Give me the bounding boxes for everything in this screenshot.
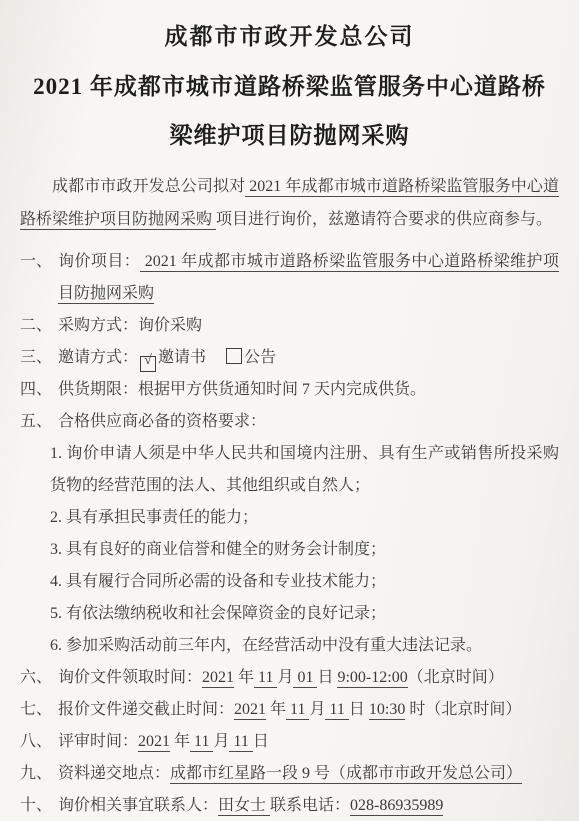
item-label: 资料递交地点：: [58, 765, 170, 782]
day-unit: 日: [349, 701, 369, 718]
item-submission-address: 九、 资料递交地点：成都市红星路一段 9 号（成都市市政开发总公司）: [20, 758, 559, 790]
year-unit: 年: [266, 701, 286, 718]
item-content: 评审时间：2021 年 11 月 11 日: [58, 726, 559, 758]
checkbox-announcement-unchecked: [226, 348, 242, 364]
item-content: 资料递交地点：成都市红星路一段 9 号（成都市市政开发总公司）: [58, 758, 559, 790]
time-range-value: 9:00-12:00: [337, 669, 407, 688]
contact-name-underlined: 田女士: [218, 797, 270, 816]
page-title: 成都市市政开发总公司: [20, 18, 559, 56]
day-unit: 日: [317, 669, 337, 686]
document-page: 成都市市政开发总公司 2021 年成都市城市道路桥梁监管服务中心道路桥梁维护项目…: [0, 0, 579, 821]
qualification-item-1: 1. 询价申请人须是中华人民共和国境内注册、具有生产或销售所投采购货物的经营范围…: [50, 438, 559, 502]
qualification-item-4: 4. 具有履行合同所必需的设备和专业技术能力；: [50, 566, 559, 598]
item-number: 二、: [20, 310, 58, 342]
item-content: 邀请方式：√邀请书公告: [58, 342, 559, 374]
year-unit: 年: [234, 669, 254, 686]
item-delivery-period: 四、 供货期限：根据甲方供货通知时间 7 天内完成供货。: [20, 374, 559, 406]
qualification-item-3: 3. 具有良好的商业信誉和健全的财务会计制度；: [50, 534, 559, 566]
item-number: 一、: [20, 246, 58, 278]
item-content: 报价文件递交截止时间：2021 年 11 月 11 日 10:30 时（北京时间…: [58, 694, 559, 726]
option-announcement-label: 公告: [244, 349, 276, 366]
qualification-item-2: 2. 具有承担民事责任的能力；: [50, 502, 559, 534]
intro-tail: 项目进行询价，兹邀请符合要求的供应商参与。: [216, 211, 552, 228]
checkbox-invitation-checked: √: [140, 356, 156, 372]
check-mark-icon: √: [141, 354, 155, 367]
item-content: 询价相关事宜联系人：田女士 联系电话：028-86935989: [58, 790, 559, 821]
item-number: 三、: [20, 342, 58, 374]
item-number: 十、: [20, 790, 58, 821]
qualification-item-5: 5. 有依法缴纳税收和社会保障资金的良好记录；: [50, 598, 559, 630]
day-value: 01: [293, 669, 317, 688]
item-list: 一、 询价项目： 2021 年成都市城市道路桥梁监管服务中心道路桥梁维护项目防抛…: [20, 246, 559, 821]
item-content: 询价项目： 2021 年成都市城市道路桥梁监管服务中心道路桥梁维护项目防抛网采购: [58, 246, 559, 310]
phone-number-underlined: 028-86935989: [350, 797, 443, 816]
item-inquiry-project: 一、 询价项目： 2021 年成都市城市道路桥梁监管服务中心道路桥梁维护项目防抛…: [20, 246, 559, 310]
qualification-list: 1. 询价申请人须是中华人民共和国境内注册、具有生产或销售所投采购货物的经营范围…: [50, 438, 559, 662]
item-content: 询价文件领取时间：2021 年 11 月 01 日 9:00-12:00（北京时…: [58, 662, 559, 694]
item-quotation-deadline: 七、 报价文件递交截止时间：2021 年 11 月 11 日 10:30 时（北…: [20, 694, 559, 726]
item-number: 五、: [20, 406, 58, 438]
day-value: 11: [325, 701, 348, 720]
time-value: 10:30: [369, 701, 405, 720]
item-document-collection-time: 六、 询价文件领取时间：2021 年 11 月 01 日 9:00-12:00（…: [20, 662, 559, 694]
month-unit: 月: [213, 733, 229, 750]
address-underlined: 成都市红星路一段 9 号（成都市市政开发总公司）: [170, 765, 522, 784]
day-unit: 日: [253, 733, 269, 750]
month-value: 11: [254, 669, 277, 688]
option-invitation-label: 邀请书: [158, 349, 206, 366]
intro-paragraph: 成都市市政开发总公司拟对 2021 年成都市城市道路桥梁监管服务中心道路桥梁维护…: [20, 170, 559, 236]
item-number: 六、: [20, 662, 58, 694]
year-value: 2021: [138, 733, 170, 752]
page-subtitle: 2021 年成都市城市道路桥梁监管服务中心道路桥梁维护项目防抛网采购: [33, 62, 547, 160]
month-unit: 月: [309, 701, 325, 718]
year-value: 2021: [202, 669, 234, 688]
item-label: 评审时间：: [58, 733, 138, 750]
item-label: 询价文件领取时间：: [58, 669, 202, 686]
month-value: 11: [286, 701, 309, 720]
item-content: 合格供应商必备的资格要求：: [58, 406, 559, 438]
qualification-item-6: 6. 参加采购活动前三年内，在经营活动中没有重大违法记录。: [50, 630, 559, 662]
year-unit: 年: [170, 733, 190, 750]
item-label: 询价项目：: [58, 253, 140, 270]
phone-label: 联系电话：: [270, 797, 350, 814]
intro-lead: 成都市市政开发总公司拟对: [52, 178, 245, 195]
day-value: 11: [229, 733, 252, 752]
item-label: 报价文件递交截止时间：: [58, 701, 234, 718]
item-supplier-qualifications: 五、 合格供应商必备的资格要求：: [20, 406, 559, 438]
item-contact-info: 十、 询价相关事宜联系人：田女士 联系电话：028-86935989: [20, 790, 559, 821]
item-label: 邀请方式：: [58, 349, 138, 366]
item-content: 供货期限：根据甲方供货通知时间 7 天内完成供货。: [58, 374, 559, 406]
item-review-time: 八、 评审时间：2021 年 11 月 11 日: [20, 726, 559, 758]
item-number: 八、: [20, 726, 58, 758]
item-number: 七、: [20, 694, 58, 726]
month-unit: 月: [277, 669, 293, 686]
item-number: 九、: [20, 758, 58, 790]
timezone-note: （北京时间）: [408, 669, 504, 686]
item-invitation-method: 三、 邀请方式：√邀请书公告: [20, 342, 559, 374]
timezone-note: 时（北京时间）: [405, 701, 521, 718]
item-label: 询价相关事宜联系人：: [58, 797, 218, 814]
item-procurement-method: 二、 采购方式：询价采购: [20, 310, 559, 342]
month-value: 11: [190, 733, 213, 752]
item-content: 采购方式：询价采购: [58, 310, 559, 342]
item-number: 四、: [20, 374, 58, 406]
year-value: 2021: [234, 701, 266, 720]
